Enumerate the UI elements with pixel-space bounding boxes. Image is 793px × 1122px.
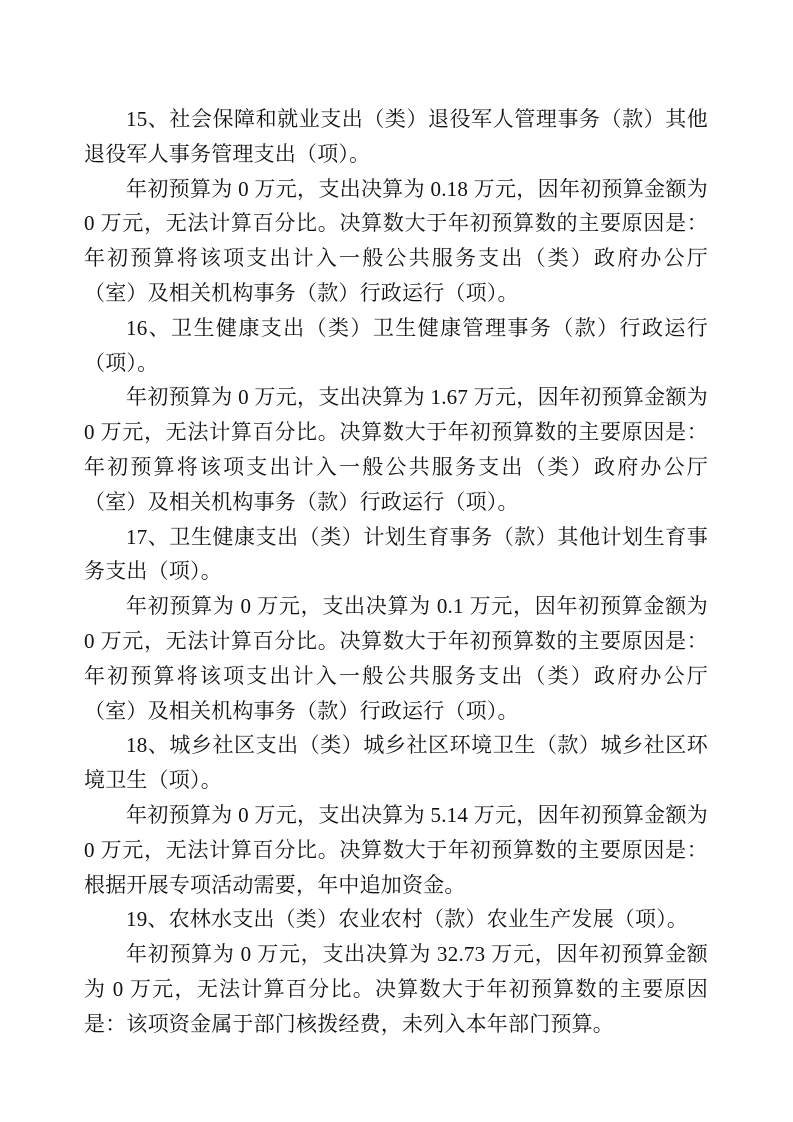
section-heading: 19、农林水支出（类）农业农村（款）农业生产发展（项）。: [84, 902, 708, 937]
section-body: 年初预算为 0 万元，支出决算为 0.18 万元，因年初预算金额为 0 万元，无…: [84, 172, 708, 311]
section-heading: 18、城乡社区支出（类）城乡社区环境卫生（款）城乡社区环境卫生（项）。: [84, 728, 708, 798]
budget-section-18: 18、城乡社区支出（类）城乡社区环境卫生（款）城乡社区环境卫生（项）。 年初预算…: [84, 728, 708, 902]
budget-section-19: 19、农林水支出（类）农业农村（款）农业生产发展（项）。 年初预算为 0 万元，…: [84, 902, 708, 1041]
section-body: 年初预算为 0 万元，支出决算为 0.1 万元，因年初预算金额为 0 万元，无法…: [84, 589, 708, 728]
document-page: 15、社会保障和就业支出（类）退役军人管理事务（款）其他退役军人事务管理支出（项…: [0, 0, 793, 1122]
section-body: 年初预算为 0 万元，支出决算为 1.67 万元，因年初预算金额为 0 万元，无…: [84, 380, 708, 519]
section-heading: 16、卫生健康支出（类）卫生健康管理事务（款）行政运行（项）。: [84, 311, 708, 381]
budget-section-15: 15、社会保障和就业支出（类）退役军人管理事务（款）其他退役军人事务管理支出（项…: [84, 102, 708, 311]
section-heading: 17、卫生健康支出（类）计划生育事务（款）其他计划生育事务支出（项）。: [84, 520, 708, 590]
section-body: 年初预算为 0 万元，支出决算为 5.14 万元，因年初预算金额为 0 万元，无…: [84, 798, 708, 902]
budget-section-16: 16、卫生健康支出（类）卫生健康管理事务（款）行政运行（项）。 年初预算为 0 …: [84, 311, 708, 520]
section-body: 年初预算为 0 万元，支出决算为 32.73 万元，因年初预算金额为 0 万元，…: [84, 937, 708, 1041]
budget-section-17: 17、卫生健康支出（类）计划生育事务（款）其他计划生育事务支出（项）。 年初预算…: [84, 520, 708, 729]
section-heading: 15、社会保障和就业支出（类）退役军人管理事务（款）其他退役军人事务管理支出（项…: [84, 102, 708, 172]
